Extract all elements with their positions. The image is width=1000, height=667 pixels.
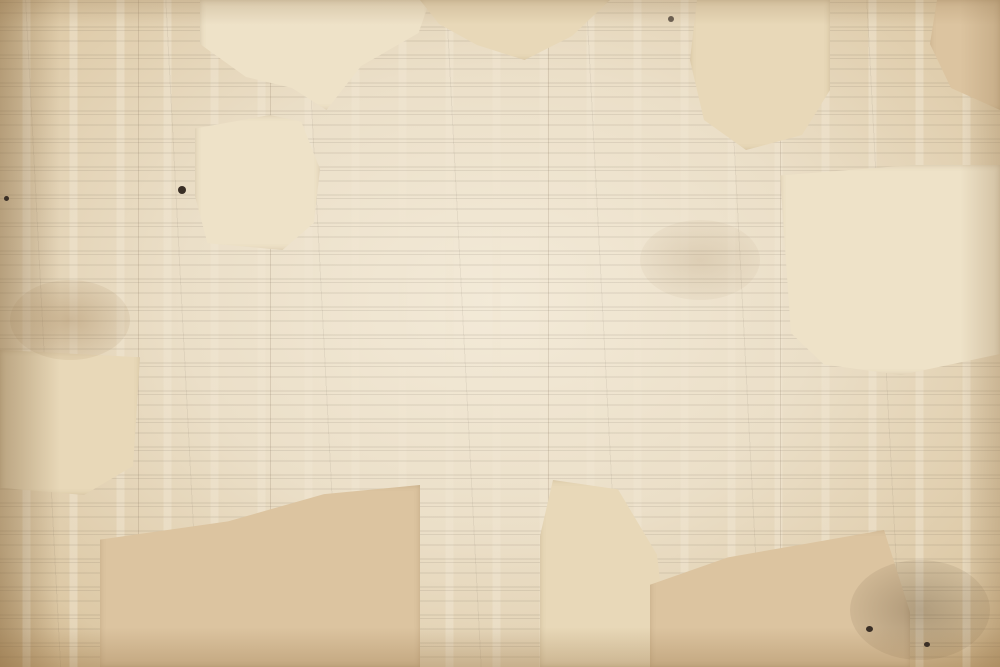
aged-edge	[960, 0, 1000, 667]
aged-edge	[0, 627, 1000, 667]
ink-spot	[866, 626, 873, 632]
ink-spot	[668, 16, 674, 22]
ink-spot	[924, 642, 930, 647]
torn-paper-patch	[195, 115, 320, 250]
aged-edge	[0, 0, 60, 667]
water-stain	[640, 220, 760, 300]
vintage-paper-background	[0, 0, 1000, 667]
ink-spot	[4, 196, 9, 201]
aged-edge	[0, 0, 1000, 25]
ink-spot	[178, 186, 186, 194]
